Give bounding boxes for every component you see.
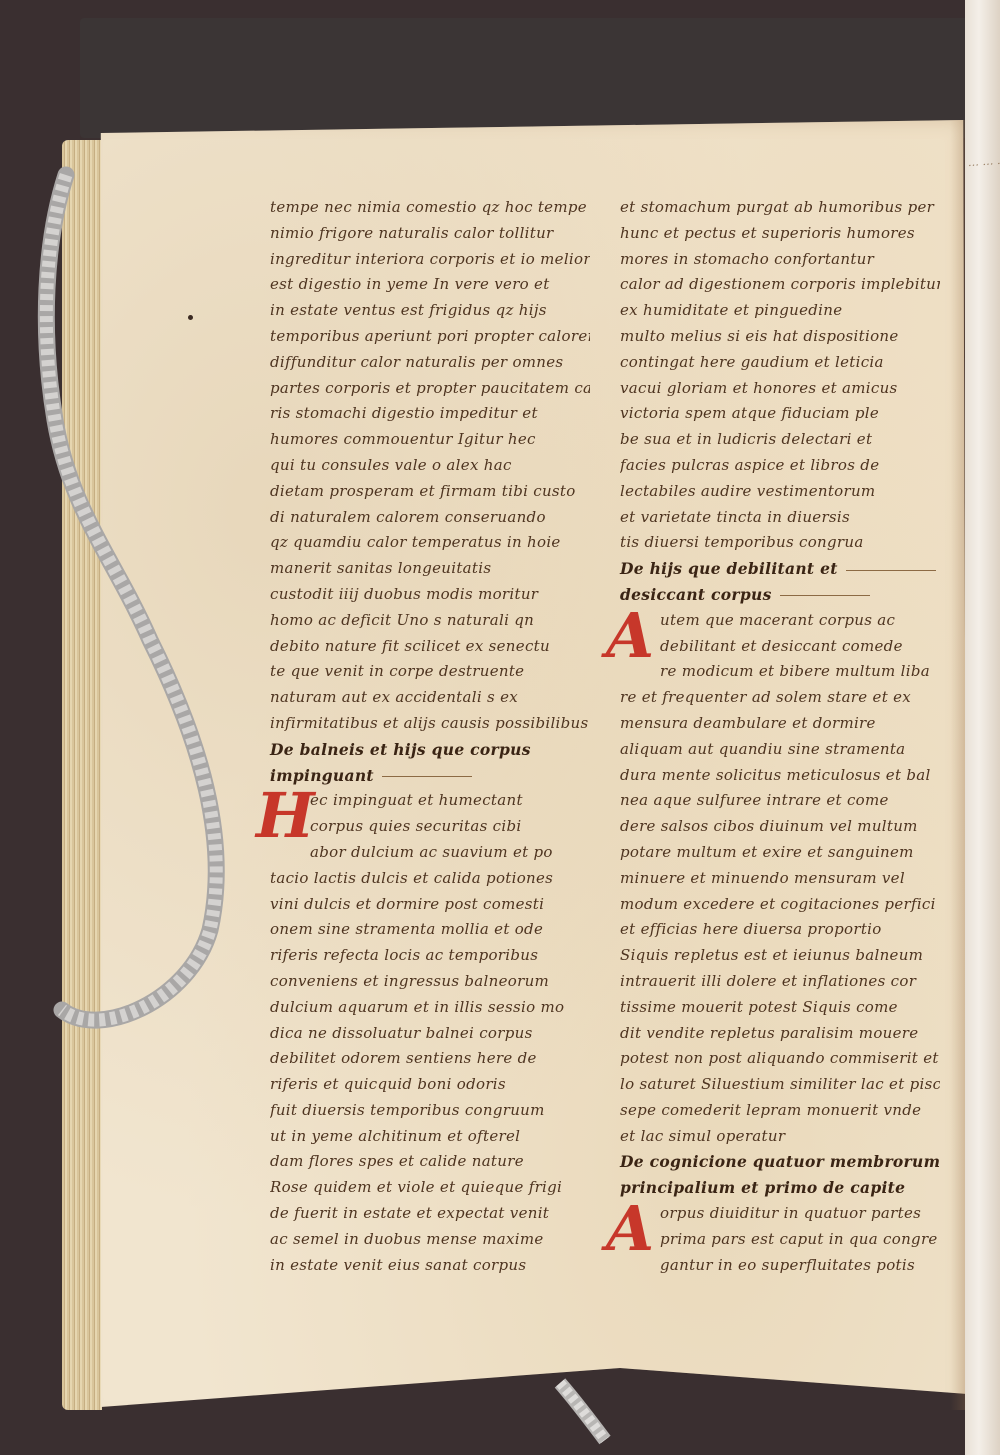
text-column-left: tempe nec nimia comestio qz hoc tempe ni… — [270, 195, 590, 1278]
red-initial-a: A — [606, 606, 654, 666]
text-line: contingat here gaudium et leticia — [620, 350, 940, 376]
rubric-text: De hijs que debilitant et — [620, 559, 838, 578]
text-line: et stomachum purgat ab humoribus per — [620, 195, 940, 221]
text-line: riferis refecta locis ac temporibus — [270, 943, 590, 969]
text-line: Siquis repletus est et ieiunus balneum — [620, 943, 940, 969]
text-line: vacui gloriam et honores et amicus — [620, 376, 940, 402]
text-line: dit vendite repletus paralisim mouere — [620, 1021, 940, 1047]
text-line: tis diuersi temporibus congrua — [620, 530, 940, 556]
text-line: qz quamdiu calor temperatus in hoie — [270, 530, 590, 556]
text-line: ris stomachi digestio impeditur et — [270, 401, 590, 427]
text-line: lectabiles audire vestimentorum — [620, 479, 940, 505]
text-line: ac semel in duobus mense maxime — [270, 1227, 590, 1253]
text-line: di naturalem calorem conseruando — [270, 505, 590, 531]
text-line: orpus diuiditur in quatuor partes — [620, 1201, 940, 1227]
text-line: et lac simul operatur — [620, 1124, 940, 1150]
text-line: aliquam aut quandiu sine stramenta — [620, 737, 940, 763]
text-line: dica ne dissoluatur balnei corpus — [270, 1021, 590, 1047]
rubric-text: De balneis et hijs que corpus — [270, 740, 531, 759]
text-line: nimio frigore naturalis calor tollitur — [270, 221, 590, 247]
red-initial-a: A — [606, 1199, 654, 1259]
text-line: tacio lactis dulcis et calida potiones — [270, 866, 590, 892]
text-line: et efficias here diuersa proportio — [620, 917, 940, 943]
text-line: dere salsos cibos diuinum vel multum — [620, 814, 940, 840]
text-line: est digestio in yeme In vere vero et — [270, 272, 590, 298]
initial-block: A orpus diuiditur in quatuor partes prim… — [620, 1201, 940, 1278]
rubric-heading: desiccant corpus — [620, 582, 940, 608]
text-line: multo melius si eis hat dispositione — [620, 324, 940, 350]
rubric-heading: De hijs que debilitant et — [620, 556, 940, 582]
text-line: minuere et minuendo mensuram vel — [620, 866, 940, 892]
text-line: re et frequenter ad solem stare et ex — [620, 685, 940, 711]
text-line: ec impinguat et humectant — [270, 788, 590, 814]
text-line: conveniens et ingressus balneorum — [270, 969, 590, 995]
text-line: victoria spem atque fiduciam ple — [620, 401, 940, 427]
red-initial-h: H — [256, 786, 315, 846]
text-column-right: et stomachum purgat ab humoribus per hun… — [620, 195, 940, 1278]
text-line: partes corporis et propter paucitatem ca… — [270, 376, 590, 402]
text-line: homo ac deficit Uno s naturali qn — [270, 608, 590, 634]
page-fore-edge — [62, 140, 102, 1410]
text-line: in estate venit eius sanat corpus — [270, 1253, 590, 1279]
text-line: modum excedere et cogitaciones perfici — [620, 892, 940, 918]
text-line: calor ad digestionem corporis implebitur — [620, 272, 940, 298]
rubric-heading: impinguant — [270, 763, 590, 789]
text-line: hunc et pectus et superioris humores — [620, 221, 940, 247]
text-line: diffunditur calor naturalis per omnes — [270, 350, 590, 376]
text-line: intrauerit illi dolere et inflationes co… — [620, 969, 940, 995]
text-line: potare multum et exire et sanguinem — [620, 840, 940, 866]
text-line: fuit diuersis temporibus congruum — [270, 1098, 590, 1124]
text-line: manerit sanitas longeuitatis — [270, 556, 590, 582]
rubric-text: principalium et primo de capite — [620, 1178, 905, 1197]
text-line: infirmitatibus et alijs causis possibili… — [270, 711, 590, 737]
text-line: mores in stomacho confortantur — [620, 247, 940, 273]
line-filler — [780, 595, 870, 596]
text-line: potest non post aliquando commiserit et … — [620, 1046, 940, 1072]
text-line: debito nature fit scilicet ex senectu — [270, 634, 590, 660]
text-line: dura mente solicitus meticulosus et bal — [620, 763, 940, 789]
initial-block: H ec impinguat et humectant corpus quies… — [270, 788, 590, 865]
text-line: facies pulcras aspice et libros de — [620, 453, 940, 479]
facing-leaf-text: … … … … … … … … … … … … … — [968, 149, 1000, 1151]
initial-block: A utem que macerant corpus ac debilitant… — [620, 608, 940, 685]
text-line: ut in yeme alchitinum et ofterel — [270, 1124, 590, 1150]
text-line: dam flores spes et calide nature — [270, 1149, 590, 1175]
line-filler — [846, 570, 936, 571]
text-line: te que venit in corpe destruente — [270, 659, 590, 685]
text-line: nea aque sulfuree intrare et come — [620, 788, 940, 814]
text-line: corpus quies securitas cibi — [270, 814, 590, 840]
text-line: vini dulcis et dormire post comesti — [270, 892, 590, 918]
text-line: ingreditur interiora corporis et io meli… — [270, 247, 590, 273]
line-filler — [382, 776, 472, 777]
text-line: humores commouentur Igitur hec — [270, 427, 590, 453]
text-line: qui tu consules vale o alex hac — [270, 453, 590, 479]
text-line: utem que macerant corpus ac — [620, 608, 940, 634]
ink-spot — [188, 315, 193, 320]
text-line: debilitant et desiccant comede — [620, 634, 940, 660]
text-line: dietam prosperam et firmam tibi custo — [270, 479, 590, 505]
text-line: et varietate tincta in diuersis — [620, 505, 940, 531]
text-line: lo saturet Siluestium similiter lac et p… — [620, 1072, 940, 1098]
text-line: riferis et quicquid boni odoris — [270, 1072, 590, 1098]
text-line: ex humiditate et pinguedine — [620, 298, 940, 324]
text-line: re modicum et bibere multum liba — [620, 659, 940, 685]
text-line: de fuerit in estate et expectat venit — [270, 1201, 590, 1227]
text-line: temporibus aperiunt pori propter calorem… — [270, 324, 590, 350]
rubric-text: De cognicione quatuor membrorum — [620, 1152, 940, 1171]
text-line: debilitet odorem sentiens here de — [270, 1046, 590, 1072]
text-line: dulcium aquarum et in illis sessio mo — [270, 995, 590, 1021]
text-line: Rose quidem et viole et quieque frigi — [270, 1175, 590, 1201]
text-line: gantur in eo superfluitates potis — [620, 1253, 940, 1279]
text-line: onem sine stramenta mollia et ode — [270, 917, 590, 943]
rubric-heading: principalium et primo de capite — [620, 1175, 940, 1201]
text-line: tempe nec nimia comestio qz hoc tempe — [270, 195, 590, 221]
text-line: be sua et in ludicris delectari et — [620, 427, 940, 453]
text-line: tissime mouerit potest Siquis come — [620, 995, 940, 1021]
text-line: abor dulcium ac suavium et po — [270, 840, 590, 866]
rubric-heading: De balneis et hijs que corpus — [270, 737, 590, 763]
text-line: mensura deambulare et dormire — [620, 711, 940, 737]
text-line: custodit iiij duobus modis moritur — [270, 582, 590, 608]
foam-support-top — [80, 18, 980, 138]
text-line: in estate ventus est frigidus qz hijs — [270, 298, 590, 324]
text-line: naturam aut ex accidentali s ex — [270, 685, 590, 711]
text-line: prima pars est caput in qua congre — [620, 1227, 940, 1253]
rubric-heading: De cognicione quatuor membrorum — [620, 1149, 940, 1175]
text-line: sepe comederit lepram monuerit vnde — [620, 1098, 940, 1124]
